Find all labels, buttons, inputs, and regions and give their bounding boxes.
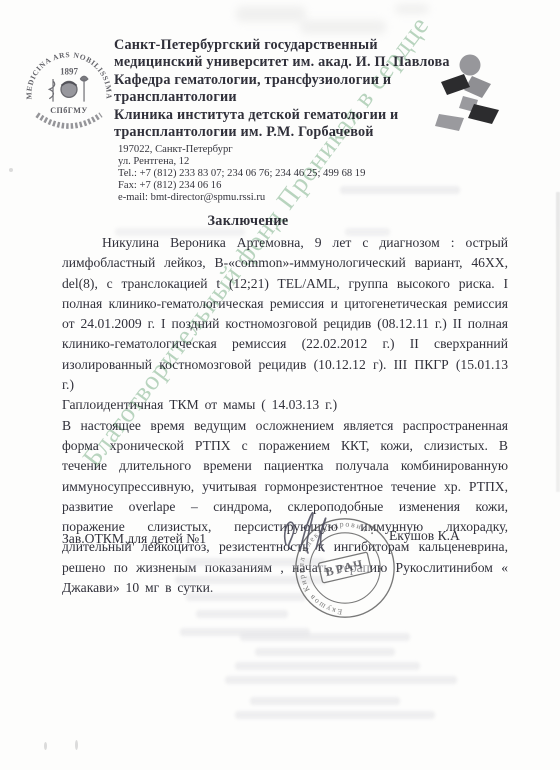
bleed-through-line [186,593,306,601]
bleed-through-smudge [300,20,386,34]
scan-speck [75,740,78,750]
bleed-through-line [225,676,457,684]
seal-emblem-icon [49,76,88,101]
bleed-through-line [235,711,435,719]
bleed-through-line [255,648,395,656]
signer-position-label: Зав.ОТКМ для детей №1 [62,531,206,547]
org-line: трансплантологии [114,89,450,106]
bleed-through-smudge [236,6,306,22]
seal-year: 1897 [60,66,78,76]
scan-speck [44,742,47,750]
org-line: Клиника института детской гематологии и [114,107,450,124]
letterhead: Санкт-Петербургский государственный меди… [114,37,450,204]
bleed-through-line [240,633,410,641]
university-seal-logo: MEDICINA ARS NOBILISSIMA 1897 СПбГМУ [22,42,116,148]
org-line: Кафедра гематологии, трансфузиологии и [114,72,450,89]
charity-fund-logo [433,51,547,181]
address-line: ул. Рентгена, 12 [118,156,450,168]
seal-laurel-wreath [37,115,101,126]
address-line: Tel.: +7 (812) 233 83 07; 234 06 76; 234… [118,168,450,180]
bleed-through-line [345,228,390,236]
paragraph-diagnosis: Никулина Вероника Артемовна, 9 лет с диа… [62,233,508,395]
org-line: Санкт-Петербургский государственный [114,37,450,54]
bleed-through-line [340,186,460,194]
seal-abbreviation: СПбГМУ [50,106,88,115]
org-line: трансплантологии им. Р.М. Горбачевой [114,124,450,141]
org-line: медицинский университет им. акад. И. П. … [114,54,450,71]
bleed-through-line [250,697,400,705]
signer-name: Екушов К.А [389,528,460,544]
bleed-through-line [235,662,420,670]
handwritten-signature [276,497,348,569]
paragraph-tkm: Гаплоидентичная ТКМ от мамы ( 14.03.13 г… [62,395,508,415]
bleed-through-line [115,228,245,236]
bleed-through-smudge [395,4,429,14]
university-name-block: Санкт-Петербургский государственный меди… [114,37,450,141]
address-block: 197022, Санкт-Петербург ул. Рентгена, 12… [114,144,450,204]
bleed-through-line [196,610,288,618]
address-line: 197022, Санкт-Петербург [118,144,450,156]
scan-speck [9,168,13,172]
scanned-document-page: MEDICINA ARS NOBILISSIMA 1897 СПбГМУ Сан… [0,0,560,770]
scan-edge-artifact [556,192,560,492]
email-line: e-mail: bmt-director@spmu.rssi.ru [118,192,450,204]
